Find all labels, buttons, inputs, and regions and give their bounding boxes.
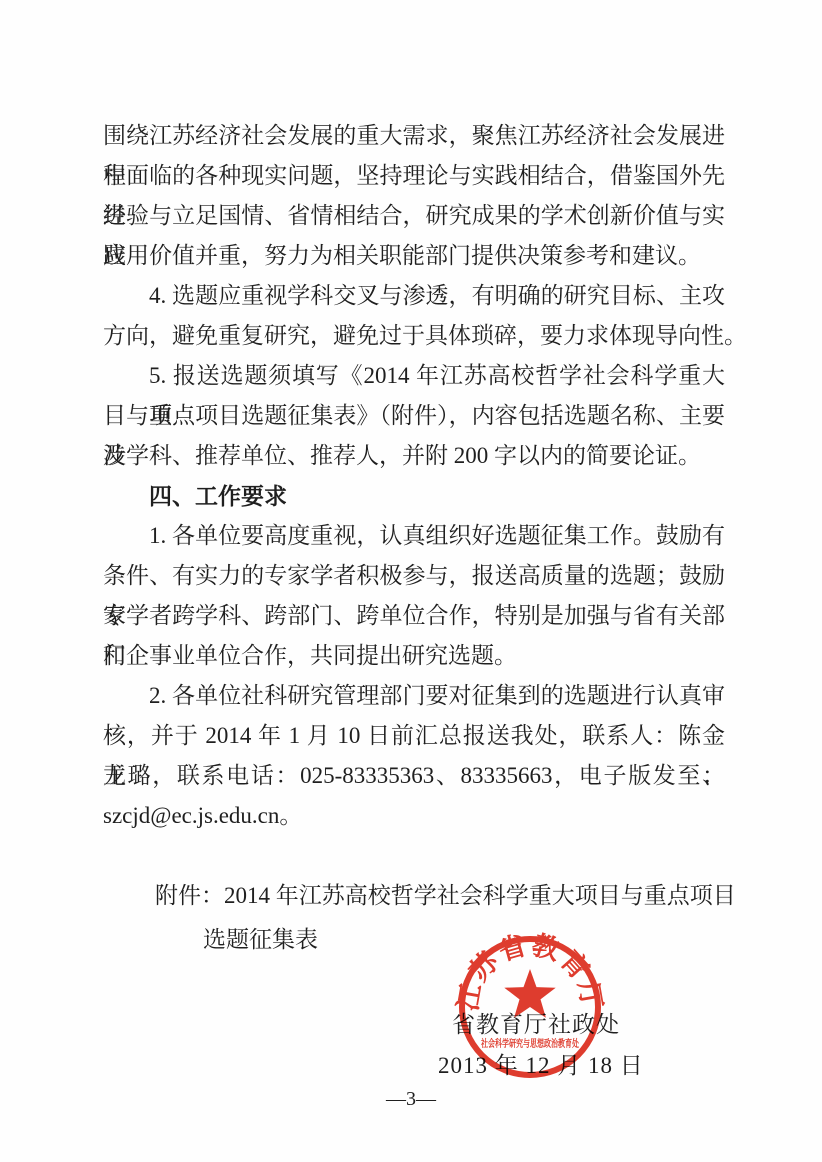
body-line: 家学者跨学科、跨部门、跨单位合作，特别是加强与省有关部门 <box>103 596 725 636</box>
document-page: 围绕江苏经济社会发展的重大需求，聚焦江苏经济社会发展进程 中面临的各种现实问题，… <box>0 0 822 1162</box>
issuing-department: 省教育厅社政处 <box>452 1006 620 1039</box>
body-line: 4. 选题应重视学科交叉与渗透，有明确的研究目标、主攻 <box>103 276 725 316</box>
body-line: 和企事业单位合作，共同提出研究选题。 <box>103 636 725 676</box>
attachment-line: 选题征集表 <box>103 918 743 962</box>
document-body: 围绕江苏经济社会发展的重大需求，聚焦江苏经济社会发展进程 中面临的各种现实问题，… <box>103 116 725 836</box>
body-line: 围绕江苏经济社会发展的重大需求，聚焦江苏经济社会发展进程 <box>103 116 725 156</box>
body-line: 2. 各单位社科研究管理部门要对征集到的选题进行认真审 <box>103 676 725 716</box>
email-address: szcjd@ec.js.edu.cn。 <box>103 796 725 836</box>
body-line: 经验与立足国情、省情相结合，研究成果的学术创新价值与实践 <box>103 196 725 236</box>
issue-date: 2013 年 12 月 18 日 <box>438 1047 644 1080</box>
body-line: 应用价值并重，努力为相关职能部门提供决策参考和建议。 <box>103 236 725 276</box>
body-line: 1. 各单位要高度重视，认真组织好选题征集工作。鼓励有 <box>103 516 725 556</box>
attachment-note: 附件：2014 年江苏高校哲学社会科学重大项目与重点项目 选题征集表 <box>103 874 743 962</box>
body-line: 目与重点项目选题征集表》（附件），内容包括选题名称、主要涉 <box>103 396 725 436</box>
body-line: 条件、有实力的专家学者积极参与，报送高质量的选题；鼓励专 <box>103 556 725 596</box>
section-heading: 四、工作要求 <box>103 476 725 516</box>
page-number: —3— <box>0 1088 822 1111</box>
body-line: 方向，避免重复研究，避免过于具体琐碎，要力求体现导向性。 <box>103 316 725 356</box>
body-line: 核，并于 2014 年 1 月 10 日前汇总报送我处，联系人：陈金龙、 <box>103 716 725 756</box>
body-line: 5. 报送选题须填写《2014 年江苏高校哲学社会科学重大项 <box>103 356 725 396</box>
body-line: 中面临的各种现实问题，坚持理论与实践相结合，借鉴国外先进 <box>103 156 725 196</box>
body-line: 及学科、推荐单位、推荐人，并附 200 字以内的简要论证。 <box>103 436 725 476</box>
attachment-line: 附件：2014 年江苏高校哲学社会科学重大项目与重点项目 <box>103 874 743 918</box>
body-line: 王璐，联系电话：025-83335363、83335663，电子版发至： <box>103 756 725 796</box>
